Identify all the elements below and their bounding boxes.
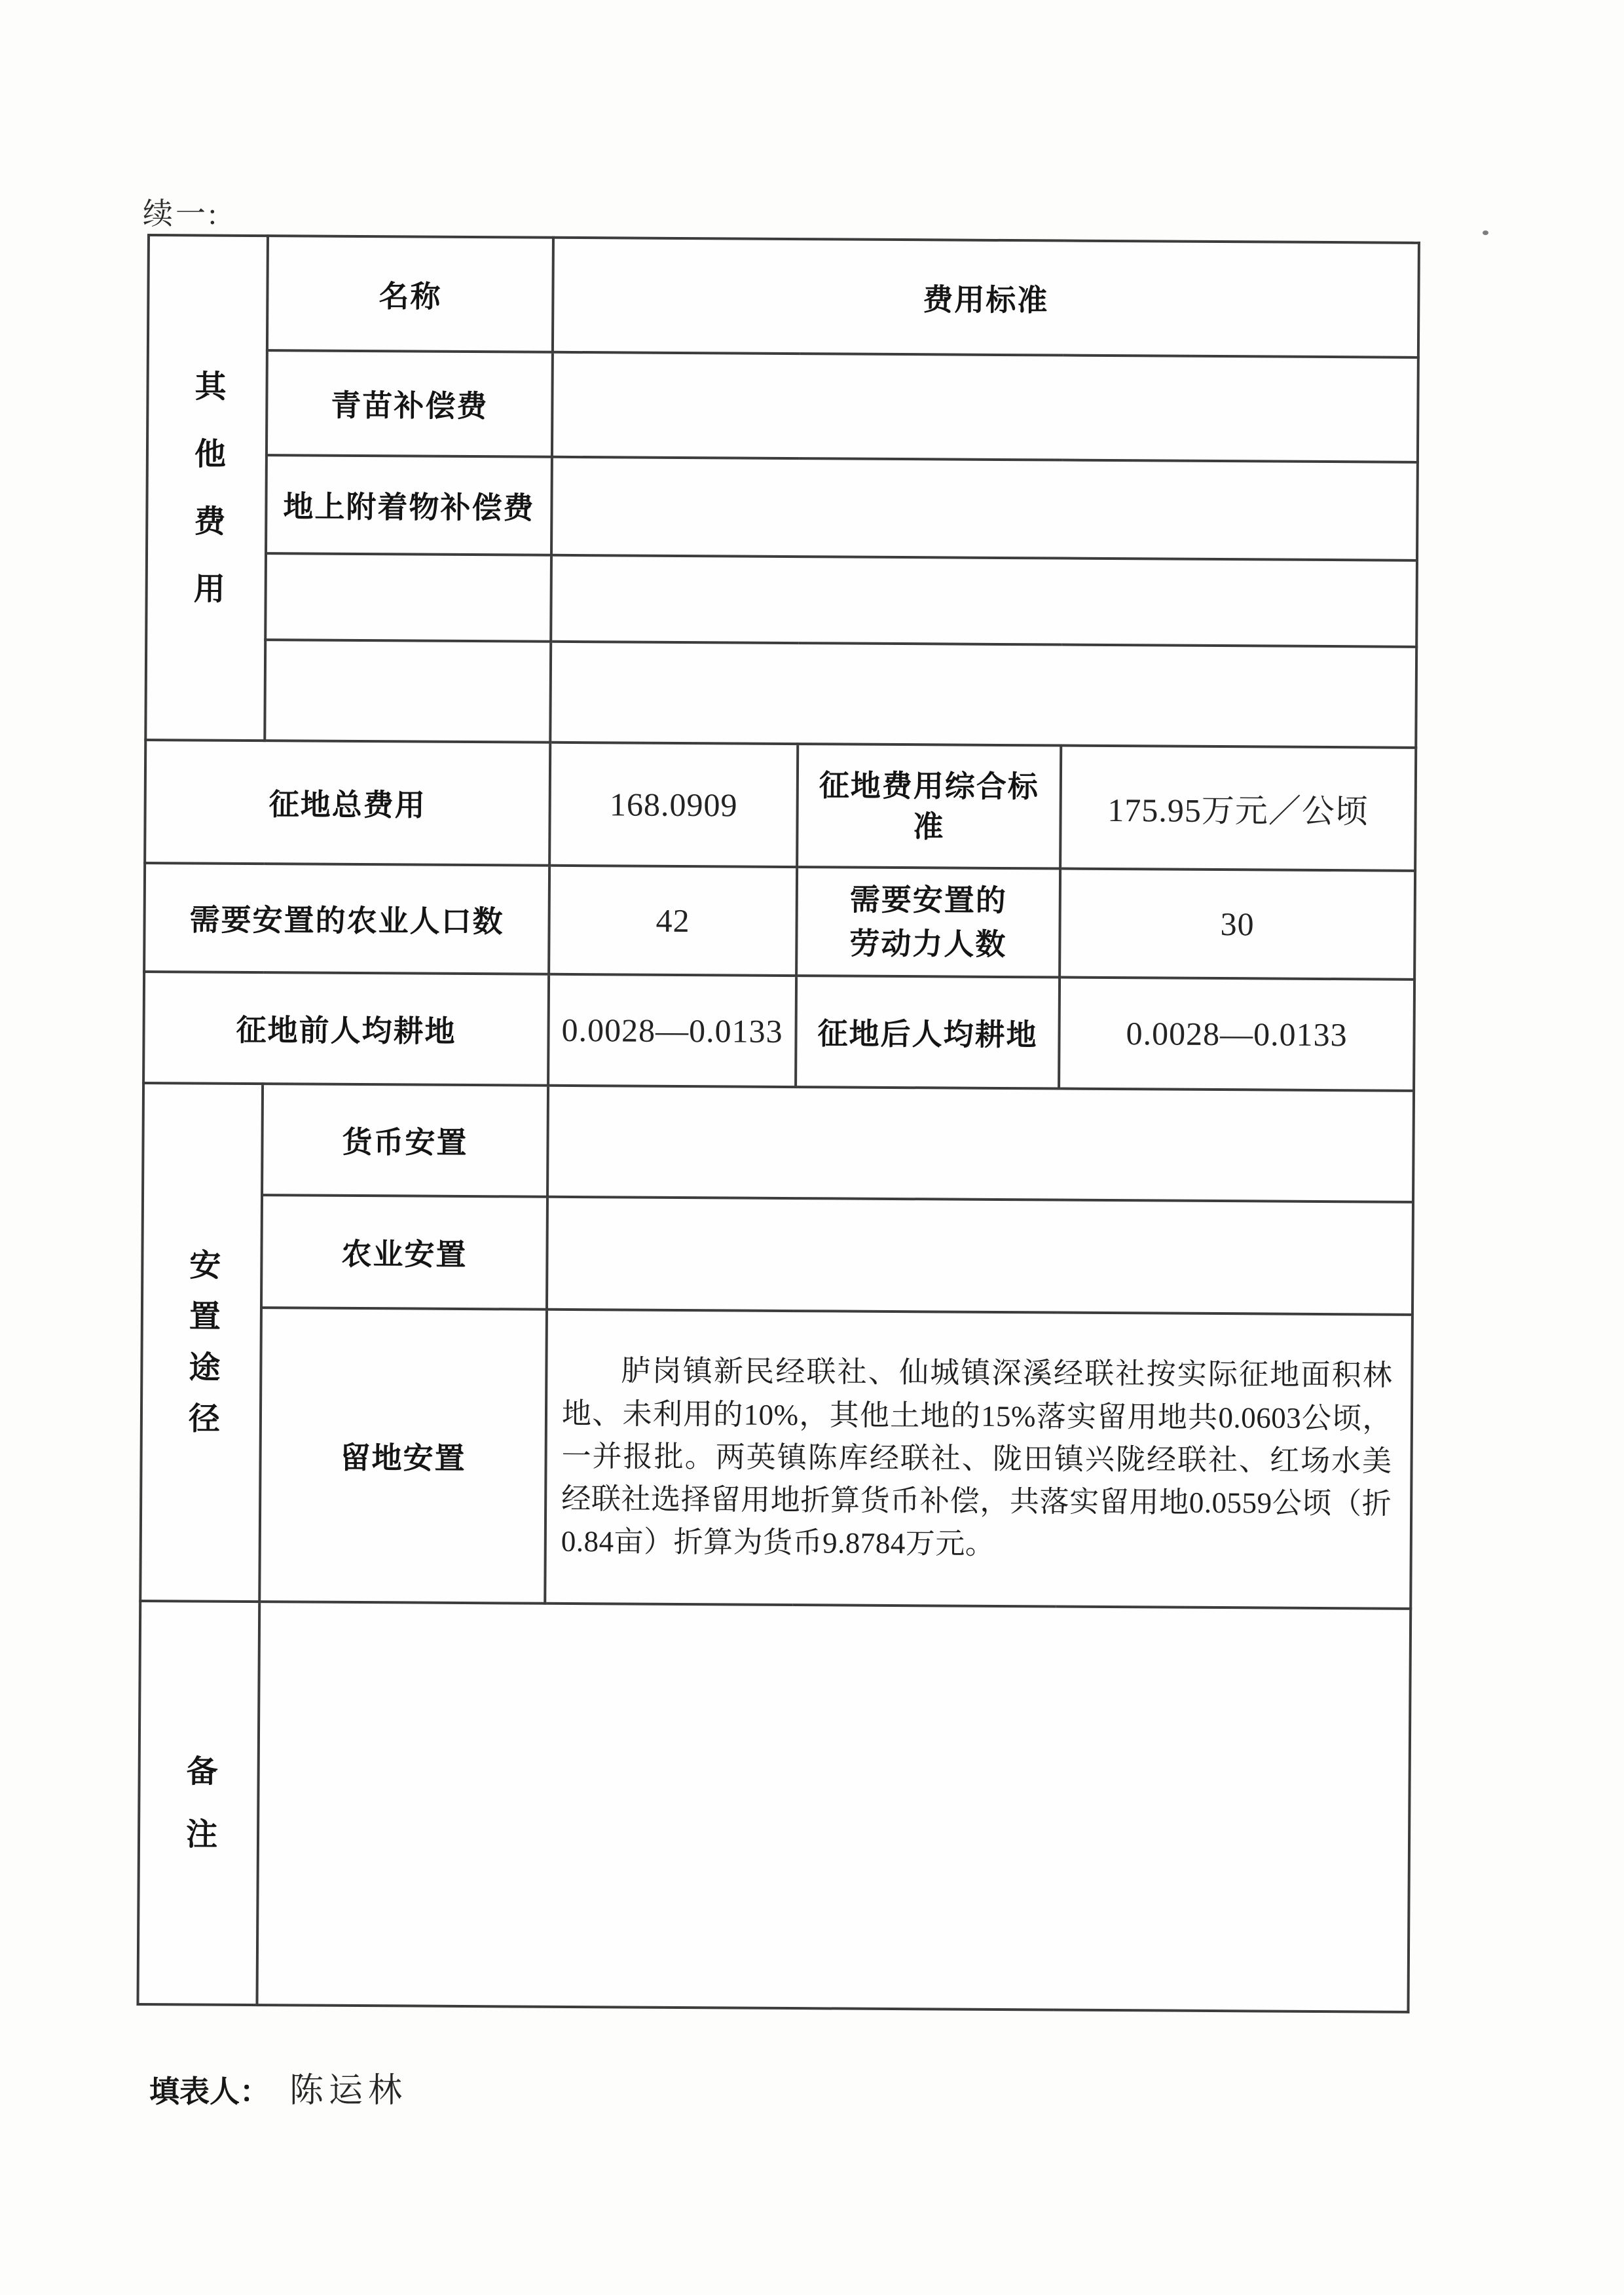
comprehensive-standard-value: 175.95万元／公顷: [1060, 746, 1416, 871]
resettlement-vertical-text: 安置途径: [178, 1228, 225, 1452]
agricultural-resettlement-label: 农业安置: [261, 1195, 547, 1310]
remarks-section-label: 备注: [138, 1601, 259, 2005]
other-fee-row3-value: [551, 555, 1417, 647]
header-fee-standard-cell: 费用标准: [553, 238, 1419, 358]
other-fees-vertical-text: 其他费用: [183, 333, 231, 639]
total-land-fee-value: 168.0909: [549, 743, 798, 867]
other-fee-row4-name: [265, 640, 551, 743]
reserved-land-resettlement-label: 留地安置: [259, 1308, 547, 1604]
form-table: 其他费用 名称 费用标准 青苗补偿费 地上附着物补偿费: [136, 234, 1420, 2013]
comprehensive-standard-text: 征地费用综合标准: [817, 765, 1041, 847]
comprehensive-standard-label: 征地费用综合标准: [797, 744, 1061, 868]
pre-expropriation-farmland-value: 0.0028—0.0133: [548, 974, 796, 1087]
other-fees-section-label: 其他费用: [145, 235, 268, 741]
agricultural-resettlement-value: [547, 1197, 1413, 1315]
monetary-resettlement-label: 货币安置: [262, 1084, 548, 1197]
resettlement-section-label: 安置途径: [140, 1083, 263, 1602]
filler-name: 陈运林: [289, 2072, 407, 2110]
labor-count-label: 需要安置的劳动力人数: [796, 867, 1060, 977]
remarks-vertical-text: 备注: [175, 1723, 221, 1880]
total-land-fee-label: 征地总费用: [145, 740, 550, 866]
green-crop-compensation-value: [552, 352, 1418, 462]
remarks-value: [257, 1602, 1411, 2012]
pre-expropriation-farmland-label: 征地前人均耕地: [143, 972, 549, 1086]
reserved-land-resettlement-detail-cell: 胪岗镇新民经联社、仙城镇深溪经联社按实际征地面积林地、未利用的10%，其他土地的…: [545, 1310, 1412, 1609]
ground-attachments-compensation-label: 地上附着物补偿费: [266, 455, 552, 555]
labor-count-value: 30: [1060, 869, 1415, 980]
agri-population-value: 42: [549, 866, 797, 976]
scanned-form-page: 续一: 其他费用 名称 费用标准 青苗补偿费 地上附着物补偿费: [0, 0, 1624, 2295]
form-filler-line: 填表人：陈运林: [149, 2063, 407, 2112]
ground-attachments-compensation-value: [551, 457, 1418, 560]
other-fee-row3-name: [265, 553, 551, 642]
continuation-label: 续一:: [143, 190, 219, 233]
scan-speck-artifact: [1483, 230, 1488, 235]
reserved-land-detail-text: 胪岗镇新民经联社、仙城镇深溪经联社按实际征地面积林地、未利用的10%，其他土地的…: [561, 1349, 1393, 1568]
labor-count-text: 需要安置的劳动力人数: [847, 878, 1010, 966]
green-crop-compensation-label: 青苗补偿费: [267, 350, 553, 457]
agri-population-label: 需要安置的农业人口数: [144, 863, 549, 974]
monetary-resettlement-value: [547, 1086, 1414, 1202]
land-expropriation-table: 其他费用 名称 费用标准 青苗补偿费 地上附着物补偿费: [136, 234, 1420, 2013]
filler-label: 填表人：: [149, 2074, 270, 2108]
header-name-cell: 名称: [267, 236, 553, 352]
post-expropriation-farmland-label: 征地后人均耕地: [796, 976, 1060, 1088]
post-expropriation-farmland-value: 0.0028—0.0133: [1059, 978, 1414, 1091]
other-fee-row4-value: [550, 642, 1416, 748]
